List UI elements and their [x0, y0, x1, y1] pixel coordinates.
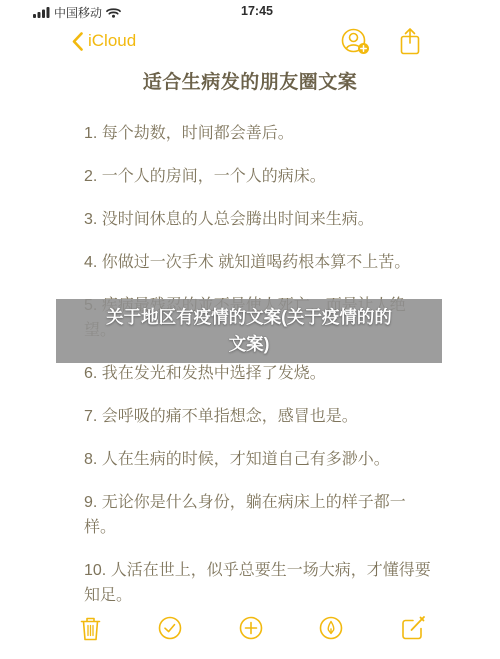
person-add-icon: [341, 28, 370, 55]
checklist-button[interactable]: [158, 616, 182, 640]
status-bar: 中国移动 17:45: [0, 0, 500, 22]
add-people-button[interactable]: [341, 28, 370, 55]
share-button[interactable]: [398, 27, 422, 55]
watermark-text-line: 关于地区有疫情的文案(关于疫情的的: [106, 304, 392, 331]
note-line: 6. 我在发光和发热中选择了发烧。: [84, 361, 434, 386]
compose-icon: [400, 615, 426, 641]
note-title: 适合生病发的朋友圈文案: [0, 67, 500, 94]
watermark-text-line: 文案): [229, 331, 270, 358]
nav-bar: iCloud: [0, 24, 500, 58]
note-line: 9. 无论你是什么身份，躺在病床上的样子都一样。: [84, 490, 434, 540]
note-line: 4. 你做过一次手术 就知道喝药根本算不上苦。: [84, 250, 434, 275]
plus-circle-icon: [239, 616, 263, 640]
note-line: 1. 每个劫数，时间都会善后。: [84, 121, 434, 146]
share-icon: [398, 27, 422, 55]
markup-icon: [319, 616, 343, 640]
note-line: 8. 人在生病的时候，才知道自己有多渺小。: [84, 447, 434, 472]
note-line: 10. 人活在世上，似乎总要生一场大病，才懂得要知足。: [84, 558, 434, 608]
add-button[interactable]: [239, 616, 263, 640]
trash-icon: [80, 616, 101, 641]
compose-button[interactable]: [400, 615, 426, 641]
check-circle-icon: [158, 616, 182, 640]
notes-app-screen: { "status_bar": { "carrier": "中国移动", "ti…: [0, 0, 500, 659]
trash-button[interactable]: [80, 616, 101, 641]
back-button[interactable]: iCloud: [72, 31, 136, 51]
chevron-left-icon: [72, 32, 83, 51]
note-line: 7. 会呼吸的痛不单指想念，感冒也是。: [84, 404, 434, 429]
bottom-toolbar: [0, 603, 500, 659]
back-label: iCloud: [88, 31, 136, 51]
markup-button[interactable]: [319, 616, 343, 640]
note-line: 2. 一个人的房间，一个人的病床。: [84, 164, 434, 189]
watermark-overlay: 关于地区有疫情的文案(关于疫情的的 文案): [56, 299, 442, 363]
note-line: 3. 没时间休息的人总会腾出时间来生病。: [84, 207, 434, 232]
time-label: 17:45: [7, 4, 500, 18]
